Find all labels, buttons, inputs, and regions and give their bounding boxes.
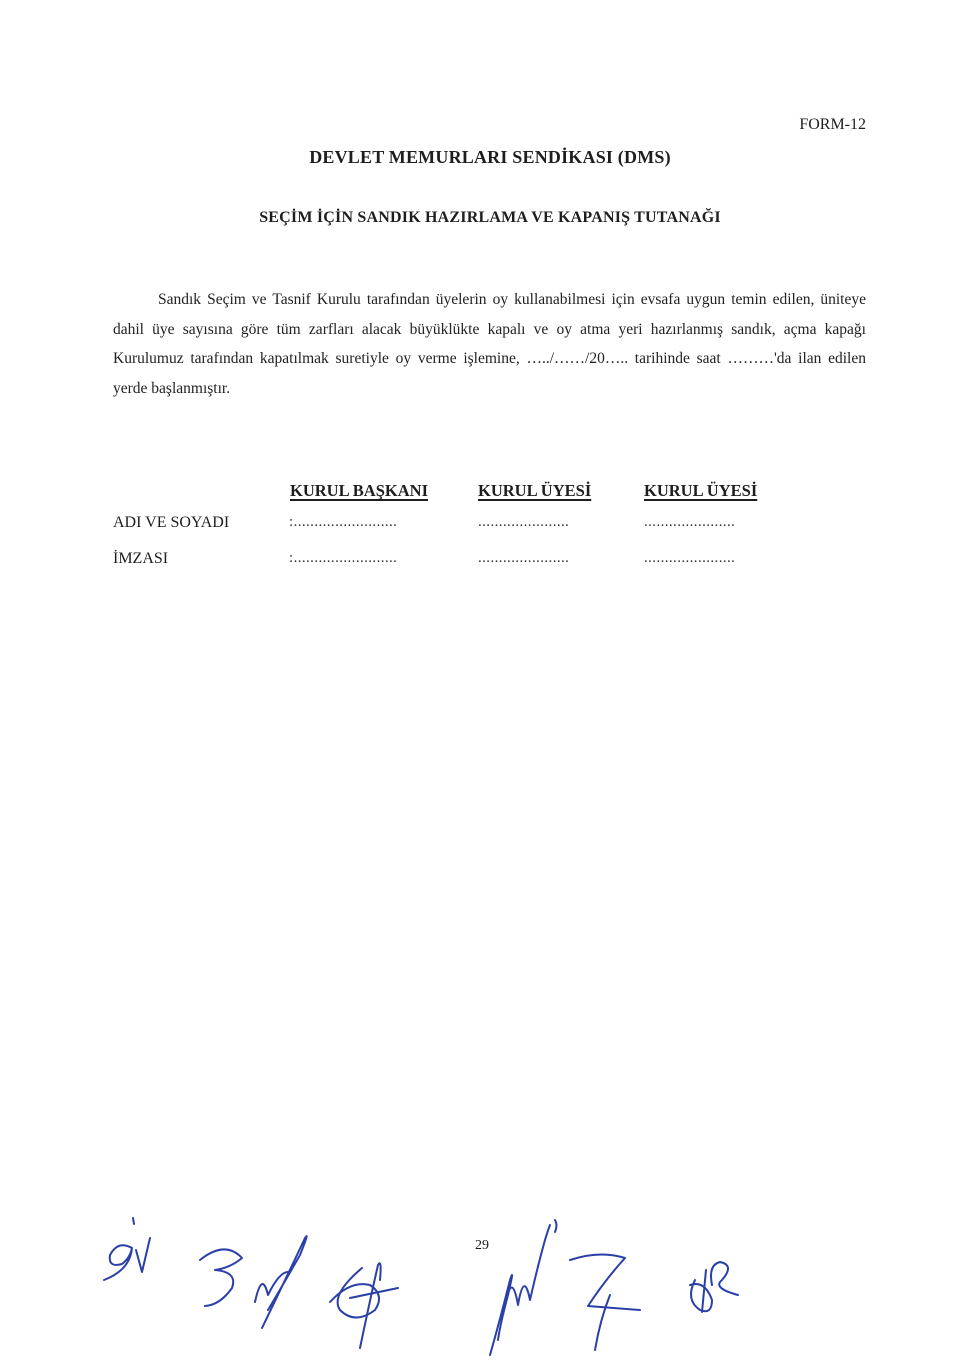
signature-mark-1 xyxy=(104,1218,150,1280)
form-code: FORM-12 xyxy=(799,116,866,134)
signature-field-member-2: ...................... xyxy=(644,550,735,567)
signature-mark-6 xyxy=(690,1262,738,1312)
signature-field-member-1: ...................... xyxy=(478,550,569,567)
signature-mark-4 xyxy=(490,1220,557,1355)
name-field-chair: :......................... xyxy=(289,514,397,531)
column-header-member-1: KURUL ÜYESİ xyxy=(478,481,591,501)
column-header-member-2: KURUL ÜYESİ xyxy=(644,481,757,501)
document-title: DEVLET MEMURLARI SENDİKASI (DMS) xyxy=(0,147,970,168)
name-field-member-1: ...................... xyxy=(478,514,569,531)
body-paragraph: Sandık Seçim ve Tasnif Kurulu tarafından… xyxy=(113,285,866,403)
row-label-name: ADI VE SOYADI xyxy=(113,514,229,532)
signature-field-chair: :......................... xyxy=(289,550,397,567)
handwritten-signatures xyxy=(0,1210,970,1370)
name-field-member-2: ...................... xyxy=(644,514,735,531)
body-text: Sandık Seçim ve Tasnif Kurulu tarafından… xyxy=(113,291,866,397)
signature-mark-5 xyxy=(570,1254,640,1350)
column-header-chair: KURUL BAŞKANI xyxy=(290,481,428,501)
row-label-signature: İMZASI xyxy=(113,550,168,568)
document-subtitle: SEÇİM İÇİN SANDIK HAZIRLAMA VE KAPANIŞ T… xyxy=(0,209,970,227)
signature-mark-2 xyxy=(200,1236,307,1328)
signature-mark-3 xyxy=(330,1263,398,1348)
